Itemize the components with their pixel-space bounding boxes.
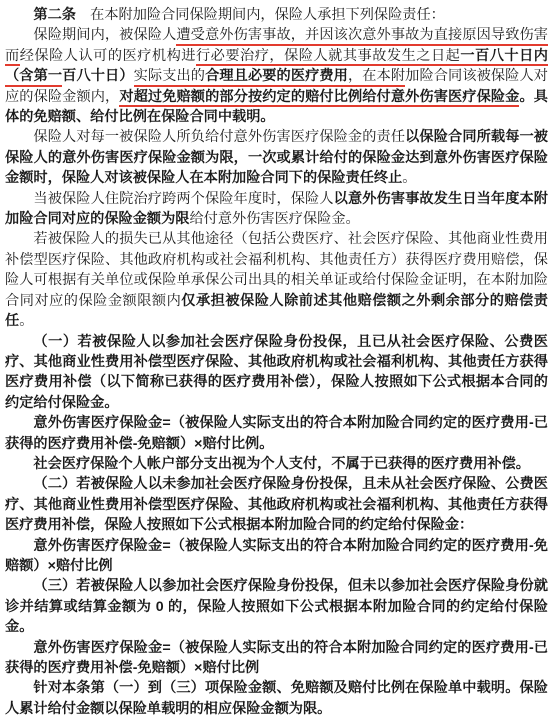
emphasis-text: 第二条 (33, 7, 76, 23)
emphasis-text: 。 (519, 89, 533, 105)
para-formula-3: 意外伤害医疗保险金=（被保险人实际支出的符合本附加险合同约定的医疗费用-已获得的… (5, 638, 548, 679)
para-item-2: （二）若被保险人以未参加社会医疗保险身份投保，且未从社会医疗保险、公费医疗、其他… (5, 474, 548, 535)
emphasis-text: 社会医疗保险个人帐户部分支出视为个人支付，不属于已获得的医疗费用补偿。 (33, 456, 530, 472)
text-segment: 保险期间内，被保险人 (33, 27, 176, 43)
document-page: 第二条 在本附加险合同保险期间内，保险人承担下列保险责任： 保险期间内，被保险人… (0, 0, 553, 725)
para-liability-limit: 保险人对每一被保险人所负给付意外伤害医疗保险金的责任以保险合同所载每一被保险人的… (5, 127, 548, 188)
emphasis-text: 百八十日） (62, 68, 133, 84)
text-segment: 经保险人认可的医疗机构进 (20, 48, 196, 64)
para-other-compensation: 若被保险人的损失已从其他途径（包括公费医疗、社会医疗保险、其他商业性费用补偿型医… (5, 229, 548, 331)
emphasis-text: （二）若被保险人以未参加社会医疗保险身份投保，且未从社会医疗保险、公费医疗、其他… (5, 476, 548, 533)
emphasis-text: 意外伤害医疗保险金=（被保险人实际支出的符合本附加险合同约定的医疗费用-已获得的… (5, 415, 548, 451)
emphasis-text: 实际支出的 (134, 68, 205, 87)
para-formula-1: 意外伤害医疗保险金=（被保险人实际支出的符合本附加险合同约定的医疗费用-已获得的… (5, 413, 548, 454)
para-article-2-intro: 第二条 在本附加险合同保险期间内，保险人承担下列保险责任： (5, 5, 548, 25)
text-segment: 。 (402, 170, 416, 186)
para-cross-year-hospitalization: 当被保险人住院治疗跨两个保险年度时，保险人以意外伤害事故发生日当年度本附加险合同… (5, 189, 548, 230)
emphasis-text: 对超过免赔额的部分按约定的赔付比例给付意外伤害医疗保险金 (119, 89, 519, 108)
emphasis-text: 意外伤害医疗保险金=（被保险人实际支出的符合本附加险合同约定的医疗费用-已获得的… (5, 640, 548, 676)
para-personal-account-note: 社会医疗保险个人帐户部分支出视为个人支付，不属于已获得的医疗费用补偿。 (5, 454, 548, 474)
emphasis-text: （一）若被保险人以参加社会医疗保险身份投保，且已从社会医疗保险、公费医疗、其他商… (5, 334, 548, 411)
para-formula-2: 意外伤害医疗保险金=（被保险人实际支出的符合本附加险合同约定的医疗费用-免赔额）… (5, 536, 548, 577)
para-coverage-scope: 保险期间内，被保险人遭受意外伤害事故，并因该次意外事故为直接原因导致伤害而经保险… (5, 25, 548, 127)
para-item-3: （三）若被保险人以参加社会医疗保险身份投保，但未以参加社会医疗保险身份就诊并结算… (5, 576, 548, 637)
text-segment: 当被保险人住院治疗跨两个保险年度时，保险人 (33, 191, 333, 207)
emphasis-text: （三）若被保险人以参加社会医疗保险身份投保，但未以参加社会医疗保险身份就诊并结算… (5, 578, 548, 635)
text-segment: 。 (19, 313, 33, 329)
text-segment: 保险人对每一被保险人所负给付意外伤害医疗保险金的责任 (33, 129, 405, 145)
emphasis-text: 意外伤害医疗保险金=（被保险人实际支出的符合本附加险合同约定的医疗费用-免赔额）… (5, 538, 548, 574)
text-segment: 给付意外伤害医疗保险金。 (189, 211, 359, 227)
para-closing: 针对本条第（一）到（三）项保险金额、免赔额及赔付比例在保险单中载明。保险人累计给… (5, 678, 548, 719)
emphasis-text: ，在本附 (348, 68, 405, 87)
para-item-1: （一）若被保险人以参加社会医疗保险身份投保，且已从社会医疗保险、公费医疗、其他商… (5, 332, 548, 414)
emphasis-text: 合理且必要的医疗费用 (205, 68, 348, 87)
emphasis-text: 针对本条第（一）到（三）项保险金额、免赔额及赔付比例在保险单中载明。保险人累计给… (5, 680, 548, 716)
emphasis-text: 行必要治疗，保险人就其事故发生之日起 (196, 48, 460, 67)
text-segment: 在本附加险合同保险期间内，保险人承担下列保险责任： (76, 7, 445, 23)
